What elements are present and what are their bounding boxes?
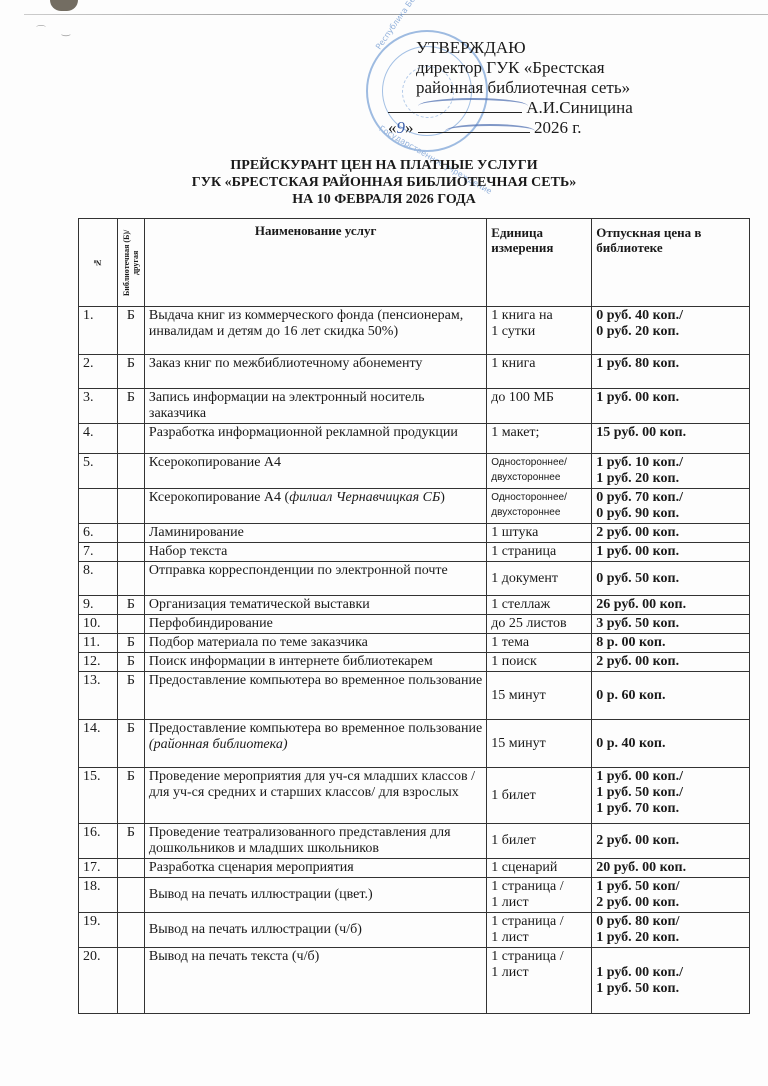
approval-heading: УТВЕРЖДАЮ: [416, 38, 633, 58]
approval-block: УТВЕРЖДАЮ директор ГУК «Брестская районн…: [416, 38, 633, 138]
row-service-name: Поиск информации в интернете библиотекар…: [144, 653, 486, 672]
row-unit: 1 страница / 1 лист: [487, 948, 592, 1014]
row-number: 20.: [79, 948, 118, 1014]
row-number: 9.: [79, 596, 118, 615]
row-service-name: Ксерокопирование А4 (филиал Чернавчицкая…: [144, 489, 486, 524]
row-unit: Одностороннее/ двухстороннее: [487, 454, 592, 489]
row-unit: 1 тема: [487, 634, 592, 653]
row-number: 19.: [79, 913, 118, 948]
row-unit: до 100 МБ: [487, 389, 592, 424]
table-row: 9.БОрганизация тематической выставки1 ст…: [79, 596, 750, 615]
row-unit: 1 страница / 1 лист: [487, 878, 592, 913]
date-day: 9: [397, 118, 406, 137]
row-library-flag: Б: [117, 355, 144, 389]
title-line-3: НА 10 ФЕВРАЛЯ 2026 ГОДА: [0, 191, 768, 208]
row-number: 14.: [79, 720, 118, 768]
row-service-name: Подбор материала по теме заказчика: [144, 634, 486, 653]
row-service-name: Отправка корреспонденции по электронной …: [144, 562, 486, 596]
table-row: 3.БЗапись информации на электронный носи…: [79, 389, 750, 424]
row-price: 1 руб. 80 коп.: [592, 355, 750, 389]
row-unit: 1 страница: [487, 543, 592, 562]
approval-line-2: районная библиотечная сеть»: [416, 78, 633, 98]
date-quote-open: «: [388, 118, 397, 137]
table-row: 11.БПодбор материала по теме заказчика1 …: [79, 634, 750, 653]
scan-marks: ⌒ ‿: [36, 22, 70, 37]
row-price: 8 р. 00 коп.: [592, 634, 750, 653]
table-row: 1.БВыдача книг из коммерческого фонда (п…: [79, 307, 750, 355]
service-name-text: Проведение мероприятия для уч-ся младших…: [149, 769, 475, 800]
row-unit: 1 книга: [487, 355, 592, 389]
row-library-flag: [117, 859, 144, 878]
header-num-label: №: [93, 258, 102, 267]
table-row: 14.БПредоставление компьютера во временн…: [79, 720, 750, 768]
table-row: 20.Вывод на печать текста (ч/б)1 страниц…: [79, 948, 750, 1014]
row-unit: 1 документ: [487, 562, 592, 596]
row-price: 0 р. 60 коп.: [592, 672, 750, 720]
row-number: 11.: [79, 634, 118, 653]
row-price: 1 руб. 00 коп./ 1 руб. 50 коп.: [592, 948, 750, 1014]
row-price: 1 руб. 00 коп./ 1 руб. 50 коп./ 1 руб. 7…: [592, 768, 750, 824]
header-unit: Единица измерения: [487, 219, 592, 307]
row-library-flag: Б: [117, 672, 144, 720]
row-price: 1 руб. 00 коп.: [592, 543, 750, 562]
table-row: Ксерокопирование А4 (филиал Чернавчицкая…: [79, 489, 750, 524]
service-name-text: Выдача книг из коммерческого фонда (пенс…: [149, 308, 463, 339]
date-quote-close: »: [405, 118, 414, 137]
service-name-note: филиал Чернавчицкая СБ: [289, 490, 440, 505]
date-month-blank: [418, 132, 530, 133]
row-price: 1 руб. 50 коп/ 2 руб. 00 коп.: [592, 878, 750, 913]
row-library-flag: Б: [117, 824, 144, 859]
row-price: 2 руб. 00 коп.: [592, 824, 750, 859]
row-price: 2 руб. 00 коп.: [592, 524, 750, 543]
approval-line-1: директор ГУК «Брестская: [416, 58, 633, 78]
row-unit: 15 минут: [487, 720, 592, 768]
row-service-name: Перфобиндирование: [144, 615, 486, 634]
header-library: Библиотечная (Б)/ другая: [117, 219, 144, 307]
row-number: 8.: [79, 562, 118, 596]
row-unit: 1 стеллаж: [487, 596, 592, 615]
row-price: 0 руб. 40 коп./ 0 руб. 20 коп.: [592, 307, 750, 355]
table-row: 2.БЗаказ книг по межбиблиотечному абонем…: [79, 355, 750, 389]
service-name-suffix: ): [440, 490, 445, 505]
row-service-name: Запись информации на электронный носител…: [144, 389, 486, 424]
row-unit: 1 билет: [487, 768, 592, 824]
row-unit: Одностороннее/ двухстороннее: [487, 489, 592, 524]
row-library-flag: Б: [117, 634, 144, 653]
row-price: 20 руб. 00 коп.: [592, 859, 750, 878]
table-row: 4.Разработка информационной рекламной пр…: [79, 424, 750, 454]
row-unit: 1 макет;: [487, 424, 592, 454]
table-row: 6.Ламинирование1 штука2 руб. 00 коп.: [79, 524, 750, 543]
row-unit: 1 билет: [487, 824, 592, 859]
row-service-name: Вывод на печать текста (ч/б): [144, 948, 486, 1014]
service-name-text: Заказ книг по межбиблиотечному абонемент…: [149, 356, 422, 371]
row-service-name: Заказ книг по межбиблиотечному абонемент…: [144, 355, 486, 389]
row-price: 15 руб. 00 коп.: [592, 424, 750, 454]
row-price: 0 руб. 70 коп./ 0 руб. 90 коп.: [592, 489, 750, 524]
service-name-text: Вывод на печать иллюстрации (ч/б): [149, 922, 362, 937]
row-service-name: Организация тематической выставки: [144, 596, 486, 615]
row-service-name: Набор текста: [144, 543, 486, 562]
row-service-name: Вывод на печать иллюстрации (цвет.): [144, 878, 486, 913]
row-unit: 1 сценарий: [487, 859, 592, 878]
document-title: ПРЕЙСКУРАНТ ЦЕН НА ПЛАТНЫЕ УСЛУГИ ГУК «Б…: [0, 157, 768, 208]
service-name-text: Ламинирование: [149, 525, 244, 540]
row-library-flag: [117, 524, 144, 543]
table-row: 16.БПроведение театрализованного предста…: [79, 824, 750, 859]
row-price: 1 руб. 10 коп./ 1 руб. 20 коп.: [592, 454, 750, 489]
table-row: 19.Вывод на печать иллюстрации (ч/б)1 ст…: [79, 913, 750, 948]
row-number: 6.: [79, 524, 118, 543]
scan-artifact: [50, 0, 78, 11]
row-number: 16.: [79, 824, 118, 859]
row-price: 0 р. 40 коп.: [592, 720, 750, 768]
row-library-flag: [117, 913, 144, 948]
table-row: 15.БПроведение мероприятия для уч-ся мла…: [79, 768, 750, 824]
row-library-flag: Б: [117, 307, 144, 355]
row-number: 17.: [79, 859, 118, 878]
row-library-flag: [117, 562, 144, 596]
title-line-2: ГУК «БРЕСТСКАЯ РАЙОННАЯ БИБЛИОТЕЧНАЯ СЕТ…: [0, 174, 768, 191]
row-service-name: Разработка сценария мероприятия: [144, 859, 486, 878]
row-unit: 1 книга на 1 сутки: [487, 307, 592, 355]
row-library-flag: [117, 948, 144, 1014]
service-name-text: Разработка информационной рекламной прод…: [149, 425, 458, 440]
service-name-text: Поиск информации в интернете библиотекар…: [149, 654, 433, 669]
row-library-flag: Б: [117, 768, 144, 824]
service-name-text: Ксерокопирование А4 (: [149, 490, 289, 505]
row-service-name: Вывод на печать иллюстрации (ч/б): [144, 913, 486, 948]
row-price: 1 руб. 00 коп.: [592, 389, 750, 424]
row-number: 7.: [79, 543, 118, 562]
table-row: 12.БПоиск информации в интернете библиот…: [79, 653, 750, 672]
row-number: 4.: [79, 424, 118, 454]
row-unit: 1 штука: [487, 524, 592, 543]
row-service-name: Ламинирование: [144, 524, 486, 543]
service-name-text: Вывод на печать текста (ч/б): [149, 949, 319, 964]
row-service-name: Проведение театрализованного представлен…: [144, 824, 486, 859]
service-name-text: Вывод на печать иллюстрации (цвет.): [149, 887, 373, 902]
table-row: 8.Отправка корреспонденции по электронно…: [79, 562, 750, 596]
signatory-name: А.И.Синицина: [526, 98, 633, 117]
row-library-flag: [117, 615, 144, 634]
table-row: 10.Перфобиндированиедо 25 листов3 руб. 5…: [79, 615, 750, 634]
table-row: 13.БПредоставление компьютера во временн…: [79, 672, 750, 720]
row-number: 1.: [79, 307, 118, 355]
row-price: 0 руб. 50 коп.: [592, 562, 750, 596]
row-number: 18.: [79, 878, 118, 913]
approval-year: 2026 г.: [534, 118, 582, 137]
row-price: 0 руб. 80 коп/ 1 руб. 20 коп.: [592, 913, 750, 948]
row-library-flag: [117, 489, 144, 524]
row-price: 26 руб. 00 коп.: [592, 596, 750, 615]
table-row: 5.Ксерокопирование А4Одностороннее/ двух…: [79, 454, 750, 489]
row-service-name: Ксерокопирование А4: [144, 454, 486, 489]
row-library-flag: [117, 454, 144, 489]
row-unit: 15 минут: [487, 672, 592, 720]
row-number: 12.: [79, 653, 118, 672]
row-unit: 1 страница / 1 лист: [487, 913, 592, 948]
service-name-text: Отправка корреспонденции по электронной …: [149, 563, 448, 578]
table-header-row: № Библиотечная (Б)/ другая Наименование …: [79, 219, 750, 307]
service-name-text: Организация тематической выставки: [149, 597, 370, 612]
service-name-text: Предоставление компьютера во временное п…: [149, 721, 482, 736]
header-price: Отпускная цена в библиотеке: [592, 219, 750, 307]
row-number: [79, 489, 118, 524]
row-library-flag: Б: [117, 720, 144, 768]
row-number: 10.: [79, 615, 118, 634]
row-service-name: Предоставление компьютера во временное п…: [144, 720, 486, 768]
row-service-name: Предоставление компьютера во временное п…: [144, 672, 486, 720]
row-number: 2.: [79, 355, 118, 389]
row-library-flag: [117, 878, 144, 913]
row-library-flag: Б: [117, 653, 144, 672]
service-name-text: Подбор материала по теме заказчика: [149, 635, 368, 650]
signature-blank: [388, 112, 522, 113]
row-price: 3 руб. 50 коп.: [592, 615, 750, 634]
row-service-name: Выдача книг из коммерческого фонда (пенс…: [144, 307, 486, 355]
service-name-text: Набор текста: [149, 544, 227, 559]
table-row: 17.Разработка сценария мероприятия1 сцен…: [79, 859, 750, 878]
row-service-name: Разработка информационной рекламной прод…: [144, 424, 486, 454]
row-library-flag: Б: [117, 596, 144, 615]
row-service-name: Проведение мероприятия для уч-ся младших…: [144, 768, 486, 824]
header-service-name: Наименование услуг: [144, 219, 486, 307]
service-name-text: Ксерокопирование А4: [149, 455, 281, 470]
service-name-text: Проведение театрализованного представлен…: [149, 825, 451, 856]
service-name-text: Предоставление компьютера во временное п…: [149, 673, 482, 688]
service-name-text: Перфобиндирование: [149, 616, 273, 631]
table-row: 18.Вывод на печать иллюстрации (цвет.)1 …: [79, 878, 750, 913]
service-name-note: (районная библиотека): [149, 737, 288, 752]
row-unit: до 25 листов: [487, 615, 592, 634]
price-list-table: № Библиотечная (Б)/ другая Наименование …: [78, 218, 750, 1014]
header-num: №: [79, 219, 118, 307]
table-row: 7.Набор текста1 страница1 руб. 00 коп.: [79, 543, 750, 562]
row-library-flag: Б: [117, 389, 144, 424]
row-number: 15.: [79, 768, 118, 824]
row-unit: 1 поиск: [487, 653, 592, 672]
service-name-text: Разработка сценария мероприятия: [149, 860, 354, 875]
row-library-flag: [117, 543, 144, 562]
row-number: 5.: [79, 454, 118, 489]
row-price: 2 руб. 00 коп.: [592, 653, 750, 672]
header-library-label: Библиотечная (Б)/ другая: [122, 223, 140, 303]
row-number: 3.: [79, 389, 118, 424]
service-name-text: Запись информации на электронный носител…: [149, 390, 425, 421]
row-library-flag: [117, 424, 144, 454]
title-line-1: ПРЕЙСКУРАНТ ЦЕН НА ПЛАТНЫЕ УСЛУГИ: [0, 157, 768, 174]
row-number: 13.: [79, 672, 118, 720]
